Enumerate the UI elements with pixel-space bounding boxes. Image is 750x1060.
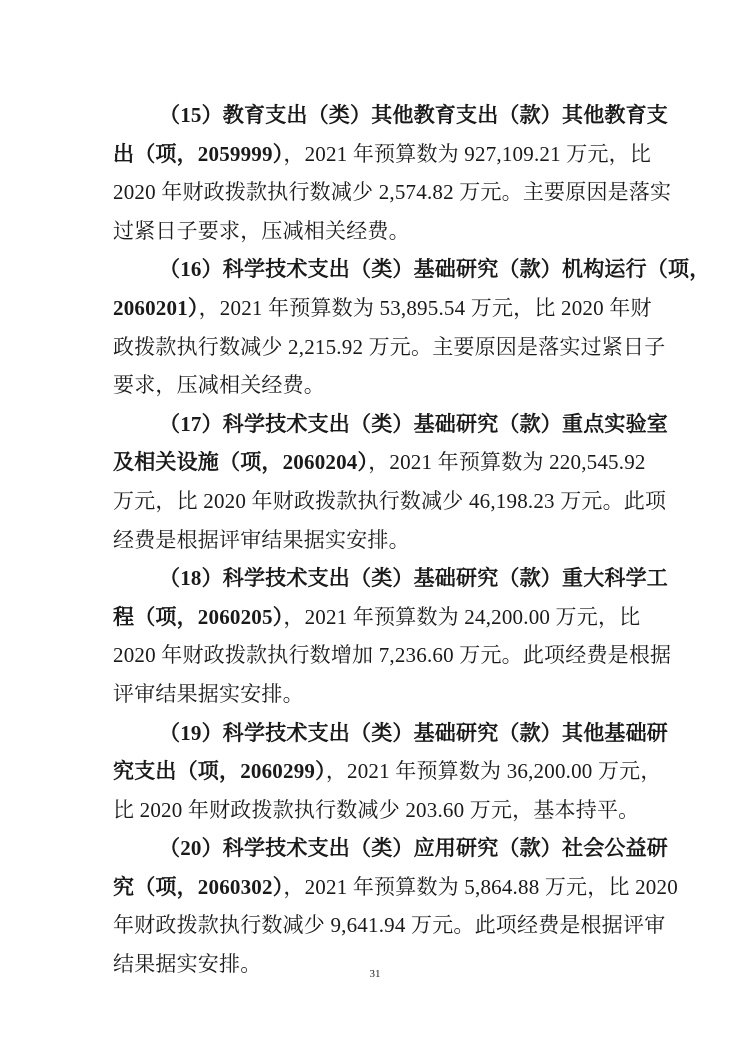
text-line: 要求，压减相关经费。 bbox=[113, 366, 635, 405]
paragraph-20: （20）科学技术支出（类）应用研究（款）社会公益研 究（项，2060302），2… bbox=[113, 829, 635, 983]
bold-heading: 究支出（项，2060299） bbox=[113, 759, 326, 783]
bold-heading: （17）科学技术支出（类）基础研究（款）重点实验室 bbox=[159, 412, 668, 436]
body-text: 2020 年财政拨款执行数增加 7,236.60 万元。此项经费是根据 bbox=[113, 643, 671, 667]
text-line: 2060201），2021 年预算数为 53,895.54 万元，比 2020 … bbox=[113, 289, 635, 328]
body-text: ，2021 年预算数为 53,895.54 万元，比 2020 年财 bbox=[199, 296, 652, 320]
bold-heading: 究（项，2060302） bbox=[113, 875, 283, 899]
page-number: 31 bbox=[0, 968, 750, 980]
text-line: 究（项，2060302），2021 年预算数为 5,864.88 万元，比 20… bbox=[113, 868, 635, 907]
bold-heading: 2060201） bbox=[113, 296, 199, 320]
bold-heading: 程（项，2060205） bbox=[113, 605, 283, 629]
text-line: 万元，比 2020 年财政拨款执行数减少 46,198.23 万元。此项 bbox=[113, 482, 635, 521]
text-line: 过紧日子要求，压减相关经费。 bbox=[113, 212, 635, 251]
text-line: 评审结果据实安排。 bbox=[113, 675, 635, 714]
body-text: 2020 年财政拨款执行数减少 2,574.82 万元。主要原因是落实 bbox=[113, 180, 671, 204]
body-text: 万元，比 2020 年财政拨款执行数减少 46,198.23 万元。此项 bbox=[113, 489, 666, 513]
body-text: ，2021 年预算数为 5,864.88 万元，比 2020 bbox=[283, 875, 678, 899]
body-text: ，2021 年预算数为 927,109.21 万元，比 bbox=[283, 142, 651, 166]
document-body: （15）教育支出（类）其他教育支出（款）其他教育支 出（项，2059999），2… bbox=[113, 96, 635, 984]
paragraph-19: （19）科学技术支出（类）基础研究（款）其他基础研 究支出（项，2060299）… bbox=[113, 714, 635, 830]
bold-heading: （16）科学技术支出（类）基础研究（款）机构运行（项， bbox=[159, 257, 710, 281]
body-text: ，2021 年预算数为 36,200.00 万元， bbox=[326, 759, 662, 783]
bold-heading: 出（项，2059999） bbox=[113, 142, 283, 166]
text-line: 程（项，2060205），2021 年预算数为 24,200.00 万元，比 bbox=[113, 598, 635, 637]
body-text: ，2021 年预算数为 220,545.92 bbox=[368, 450, 645, 474]
text-line: 政拨款执行数减少 2,215.92 万元。主要原因是落实过紧日子 bbox=[113, 328, 635, 367]
text-line: （16）科学技术支出（类）基础研究（款）机构运行（项， bbox=[113, 250, 635, 289]
text-line: （20）科学技术支出（类）应用研究（款）社会公益研 bbox=[113, 829, 635, 868]
text-line: （18）科学技术支出（类）基础研究（款）重大科学工 bbox=[113, 559, 635, 598]
bold-heading: （20）科学技术支出（类）应用研究（款）社会公益研 bbox=[159, 836, 668, 860]
paragraph-17: （17）科学技术支出（类）基础研究（款）重点实验室 及相关设施（项，206020… bbox=[113, 405, 635, 559]
text-line: 比 2020 年财政拨款执行数减少 203.60 万元，基本持平。 bbox=[113, 791, 635, 830]
text-line: 究支出（项，2060299），2021 年预算数为 36,200.00 万元， bbox=[113, 752, 635, 791]
paragraph-16: （16）科学技术支出（类）基础研究（款）机构运行（项， 2060201），202… bbox=[113, 250, 635, 404]
text-line: （15）教育支出（类）其他教育支出（款）其他教育支 bbox=[113, 96, 635, 135]
body-text: 评审结果据实安排。 bbox=[113, 682, 304, 706]
body-text: 要求，压减相关经费。 bbox=[113, 373, 325, 397]
bold-heading: 及相关设施（项，2060204） bbox=[113, 450, 368, 474]
text-line: 2020 年财政拨款执行数减少 2,574.82 万元。主要原因是落实 bbox=[113, 173, 635, 212]
body-text: ，2021 年预算数为 24,200.00 万元，比 bbox=[283, 605, 640, 629]
bold-heading: （18）科学技术支出（类）基础研究（款）重大科学工 bbox=[159, 566, 668, 590]
text-line: 及相关设施（项，2060204），2021 年预算数为 220,545.92 bbox=[113, 443, 635, 482]
text-line: 出（项，2059999），2021 年预算数为 927,109.21 万元，比 bbox=[113, 135, 635, 174]
body-text: 政拨款执行数减少 2,215.92 万元。主要原因是落实过紧日子 bbox=[113, 335, 665, 359]
text-line: （19）科学技术支出（类）基础研究（款）其他基础研 bbox=[113, 714, 635, 753]
body-text: 过紧日子要求，压减相关经费。 bbox=[113, 219, 410, 243]
bold-heading: （15）教育支出（类）其他教育支出（款）其他教育支 bbox=[159, 103, 668, 127]
paragraph-18: （18）科学技术支出（类）基础研究（款）重大科学工 程（项，2060205），2… bbox=[113, 559, 635, 713]
document-page: （15）教育支出（类）其他教育支出（款）其他教育支 出（项，2059999），2… bbox=[0, 0, 750, 1060]
bold-heading: （19）科学技术支出（类）基础研究（款）其他基础研 bbox=[159, 721, 668, 745]
body-text: 年财政拨款执行数减少 9,641.94 万元。此项经费是根据评审 bbox=[113, 913, 665, 937]
text-line: 2020 年财政拨款执行数增加 7,236.60 万元。此项经费是根据 bbox=[113, 636, 635, 675]
body-text: 比 2020 年财政拨款执行数减少 203.60 万元，基本持平。 bbox=[113, 798, 639, 822]
body-text: 经费是根据评审结果据实安排。 bbox=[113, 528, 410, 552]
text-line: 经费是根据评审结果据实安排。 bbox=[113, 521, 635, 560]
paragraph-15: （15）教育支出（类）其他教育支出（款）其他教育支 出（项，2059999），2… bbox=[113, 96, 635, 250]
text-line: （17）科学技术支出（类）基础研究（款）重点实验室 bbox=[113, 405, 635, 444]
text-line: 年财政拨款执行数减少 9,641.94 万元。此项经费是根据评审 bbox=[113, 906, 635, 945]
